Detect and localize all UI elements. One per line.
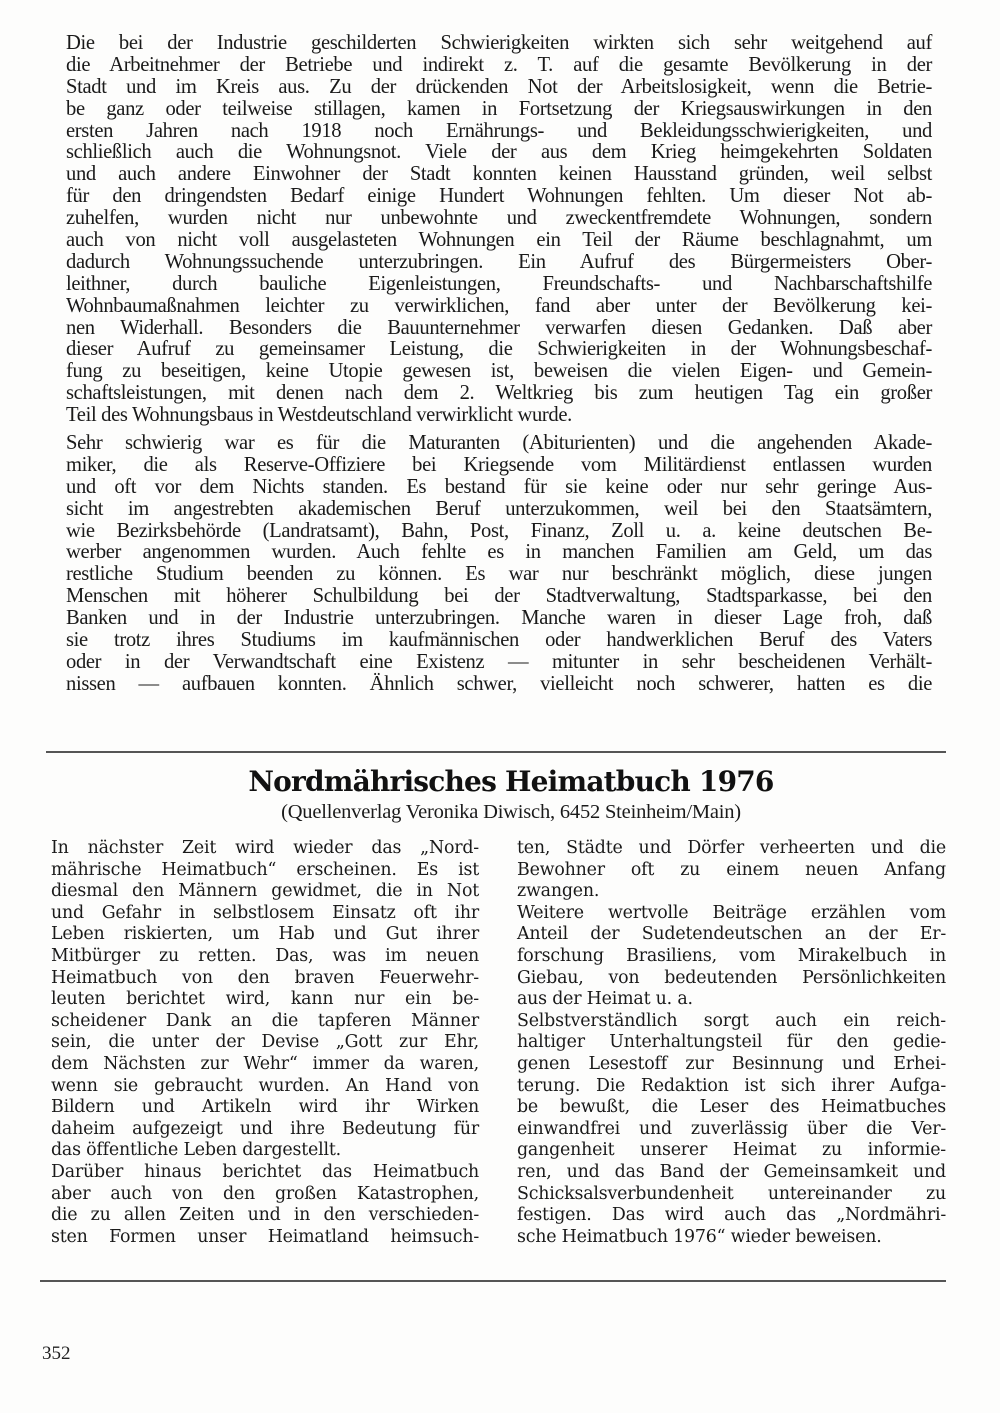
text-line: terung. Die Redaktion ist sich ihrer Auf…: [517, 1076, 946, 1098]
text-line: für den dringendsten Bedarf einige Hunde…: [66, 186, 932, 208]
text-line: Anteil der Sudetendeutschen an der Er-: [517, 924, 946, 946]
text-line: Heimatbuch von den braven Feuerwehr-: [51, 968, 479, 990]
text-line: die Arbeitnehmer der Betriebe und indire…: [66, 55, 932, 77]
paragraph-housing-shortage: Die bei der Industrie geschilderten Schw…: [66, 33, 932, 427]
text-line: und auch andere Einwohner der Stadt konn…: [66, 164, 932, 186]
divider-rule-bottom: [40, 1280, 946, 1282]
text-line: be bewußt, die Leser des Heimatbuches: [517, 1097, 946, 1119]
text-line: Darüber hinaus berichtet das Heimatbuch: [51, 1162, 479, 1184]
text-line: die zu allen Zeiten und in den verschied…: [51, 1205, 479, 1227]
text-line: sein, die unter der Devise „Gott zur Ehr…: [51, 1032, 479, 1054]
text-line: leuten berichtet wird, kann nur ein be-: [51, 989, 479, 1011]
upper-body-text: Die bei der Industrie geschilderten Schw…: [66, 33, 932, 696]
text-line: wenn sie gebraucht wurden. An Hand von: [51, 1076, 479, 1098]
text-line: sicht im angestrebten akademischen Beruf…: [66, 499, 932, 521]
text-line: be ganz oder teilweise stillagen, kamen …: [66, 99, 932, 121]
text-line: Mitbürger zu retten. Das, was im neuen: [51, 946, 479, 968]
text-line: daheim aufgezeigt und ihre Bedeutung für: [51, 1119, 479, 1141]
document-page: Die bei der Industrie geschilderten Schw…: [0, 0, 1000, 1413]
text-line: ten, Städte und Dörfer verheerten und di…: [517, 838, 946, 860]
text-line: diesmal den Männern gewidmet, die in Not: [51, 881, 479, 903]
text-line: Stadt und im Kreis aus. Zu der drückende…: [66, 77, 932, 99]
text-line: fung zu beseitigen, keine Utopie gewesen…: [66, 361, 932, 383]
text-line: Bewohner oft zu einem neuen Anfang: [517, 860, 946, 882]
text-line: Leben riskierten, um Hab und Gut ihrer: [51, 924, 479, 946]
text-line: aus der Heimat u. a.: [517, 989, 946, 1011]
text-line: Teil des Wohnungsbaus in Westdeutschland…: [66, 405, 932, 427]
divider-rule-top: [46, 751, 946, 753]
text-line: restliche Studium beenden zu können. Es …: [66, 564, 932, 586]
text-line: dem Nächsten zur Wehr“ immer da waren,: [51, 1054, 479, 1076]
text-line: Wohnbaumaßnahmen leichter zu verwirklich…: [66, 296, 932, 318]
text-line: ren, und das Band der Gemeinsamkeit und: [517, 1162, 946, 1184]
article-column-right: ten, Städte und Dörfer verheerten und di…: [517, 838, 946, 1248]
text-line: nen Widerhall. Besonders die Bauunterneh…: [66, 318, 932, 340]
article-column-left: In nächster Zeit wird wieder das „Nord-m…: [51, 838, 479, 1248]
text-line: Schicksalsverbundenheit untereinander zu: [517, 1184, 946, 1206]
text-line: Bildern und Artikeln wird ihr Wirken: [51, 1097, 479, 1119]
text-line: leithner, durch bauliche Eigenleistungen…: [66, 274, 932, 296]
text-line: zuhelfen, wurden nicht nur unbewohnte un…: [66, 208, 932, 230]
text-line: nissen — aufbauen konnten. Ähnlich schwe…: [66, 674, 932, 696]
text-line: Menschen mit höherer Schulbildung bei de…: [66, 586, 932, 608]
text-line: mährische Heimatbuch“ erscheinen. Es ist: [51, 860, 479, 882]
text-line: werber angenommen wurden. Auch fehlte es…: [66, 542, 932, 564]
paragraph-graduates: Sehr schwierig war es für die Maturanten…: [66, 433, 932, 696]
article-title: Nordmährisches Heimatbuch 1976: [11, 765, 1000, 798]
text-line: Banken und in der Industrie unterzubring…: [66, 608, 932, 630]
text-line: auch von nicht voll ausgelasteten Wohnun…: [66, 230, 932, 252]
text-line: ersten Jahren nach 1918 noch Ernährungs-…: [66, 121, 932, 143]
text-line: sche Heimatbuch 1976“ wieder beweisen.: [517, 1227, 946, 1249]
text-line: festigen. Das wird auch das „Nordmähri-: [517, 1205, 946, 1227]
text-line: schaftsleistungen, mit denen nach dem 2.…: [66, 383, 932, 405]
text-line: scheidener Dank an die tapferen Männer: [51, 1011, 479, 1033]
text-line: und oft vor dem Nichts standen. Es besta…: [66, 477, 932, 499]
text-line: Giebau, von bedeutenden Persönlichkeiten: [517, 968, 946, 990]
text-line: gangenheit unserer Heimat zu informie-: [517, 1140, 946, 1162]
text-line: einwandfrei und zuverlässig über die Ver…: [517, 1119, 946, 1141]
text-line: dadurch Wohnungssuchende unterzubringen.…: [66, 252, 932, 274]
text-line: wie Bezirksbehörde (Landratsamt), Bahn, …: [66, 521, 932, 543]
text-line: Weitere wertvolle Beiträge erzählen vom: [517, 903, 946, 925]
text-line: zwangen.: [517, 881, 946, 903]
text-line: aber auch von den großen Katastrophen,: [51, 1184, 479, 1206]
text-line: das öffentliche Leben dargestellt.: [51, 1140, 479, 1162]
text-line: In nächster Zeit wird wieder das „Nord-: [51, 838, 479, 860]
text-line: sten Formen unser Heimatland heimsuch-: [51, 1227, 479, 1249]
article-subtitle: (Quellenverlag Veronika Diwisch, 6452 St…: [11, 801, 1000, 824]
text-line: haltiger Unterhaltungsteil für den gedie…: [517, 1032, 946, 1054]
text-line: oder in der Verwandtschaft eine Existenz…: [66, 652, 932, 674]
page-number: 352: [42, 1343, 71, 1365]
text-line: sie trotz ihres Studiums im kaufmännisch…: [66, 630, 932, 652]
text-line: Selbstverständlich sorgt auch ein reich-: [517, 1011, 946, 1033]
text-line: Die bei der Industrie geschilderten Schw…: [66, 33, 932, 55]
text-line: Sehr schwierig war es für die Maturanten…: [66, 433, 932, 455]
text-line: genen Lesestoff zur Besinnung und Erhei-: [517, 1054, 946, 1076]
text-line: und Gefahr in selbstlosem Einsatz oft ih…: [51, 903, 479, 925]
text-line: schließlich auch die Wohnungsnot. Viele …: [66, 142, 932, 164]
text-line: dieser Aufruf zu gemeinsamer Leistung, d…: [66, 339, 932, 361]
text-line: forschung Brasiliens, vom Mirakelbuch in: [517, 946, 946, 968]
text-line: miker, die als Reserve-Offiziere bei Kri…: [66, 455, 932, 477]
